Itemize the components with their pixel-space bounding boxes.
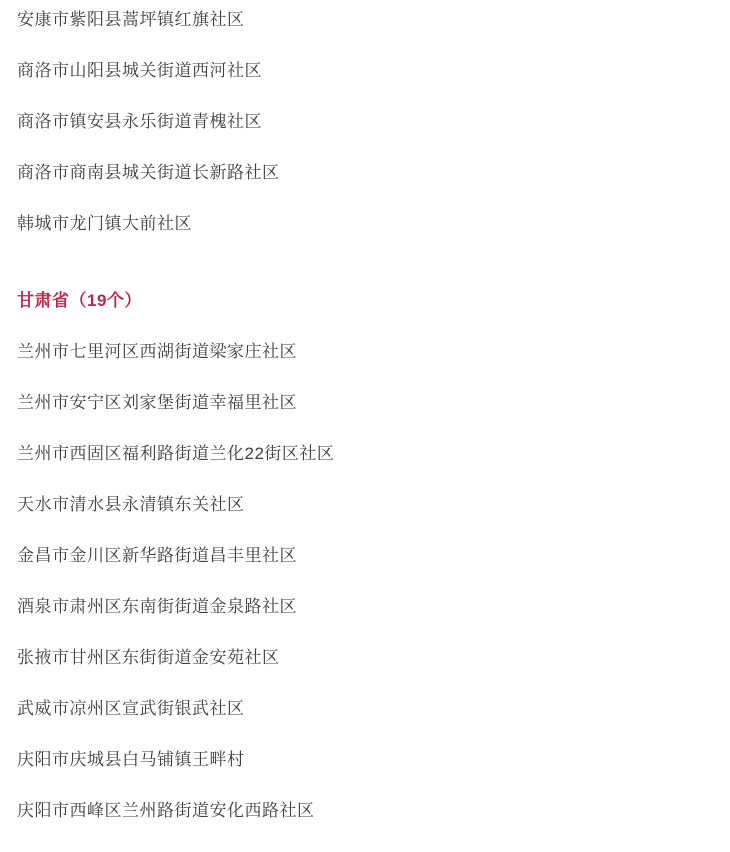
list-item: 武威市凉州区宣武街银武社区: [17, 695, 710, 722]
list-item: 庆阳市西峰区兰州路街道安化西路社区: [17, 797, 710, 824]
list-item: 酒泉市肃州区东南街街道金泉路社区: [17, 593, 710, 620]
list-item: 天水市清水县永清镇东关社区: [17, 491, 710, 518]
list-item: 张掖市甘州区东街街道金安苑社区: [17, 644, 710, 671]
community-list-top: 安康市紫阳县蒿坪镇红旗社区商洛市山阳县城关街道西河社区商洛市镇安县永乐街道青槐社…: [17, 6, 710, 237]
list-item: 兰州市安宁区刘家堡街道幸福里社区: [17, 389, 710, 416]
section-header-gansu: 甘肃省（19个）: [17, 287, 710, 314]
list-item: 安康市紫阳县蒿坪镇红旗社区: [17, 6, 710, 33]
list-item: 商洛市商南县城关街道长新路社区: [17, 159, 710, 186]
list-item: 庆阳市庆城县白马铺镇王畔村: [17, 746, 710, 773]
list-item: 兰州市七里河区西湖街道梁家庄社区: [17, 338, 710, 365]
community-list-gansu: 兰州市七里河区西湖街道梁家庄社区兰州市安宁区刘家堡街道幸福里社区兰州市西固区福利…: [17, 338, 710, 824]
list-item: 商洛市镇安县永乐街道青槐社区: [17, 108, 710, 135]
list-item: 商洛市山阳县城关街道西河社区: [17, 57, 710, 84]
list-item: 韩城市龙门镇大前社区: [17, 210, 710, 237]
list-item: 兰州市西固区福利路街道兰化22街区社区: [17, 440, 710, 467]
list-item: 金昌市金川区新华路街道昌丰里社区: [17, 542, 710, 569]
article-body: 安康市紫阳县蒿坪镇红旗社区商洛市山阳县城关街道西河社区商洛市镇安县永乐街道青槐社…: [0, 0, 730, 852]
